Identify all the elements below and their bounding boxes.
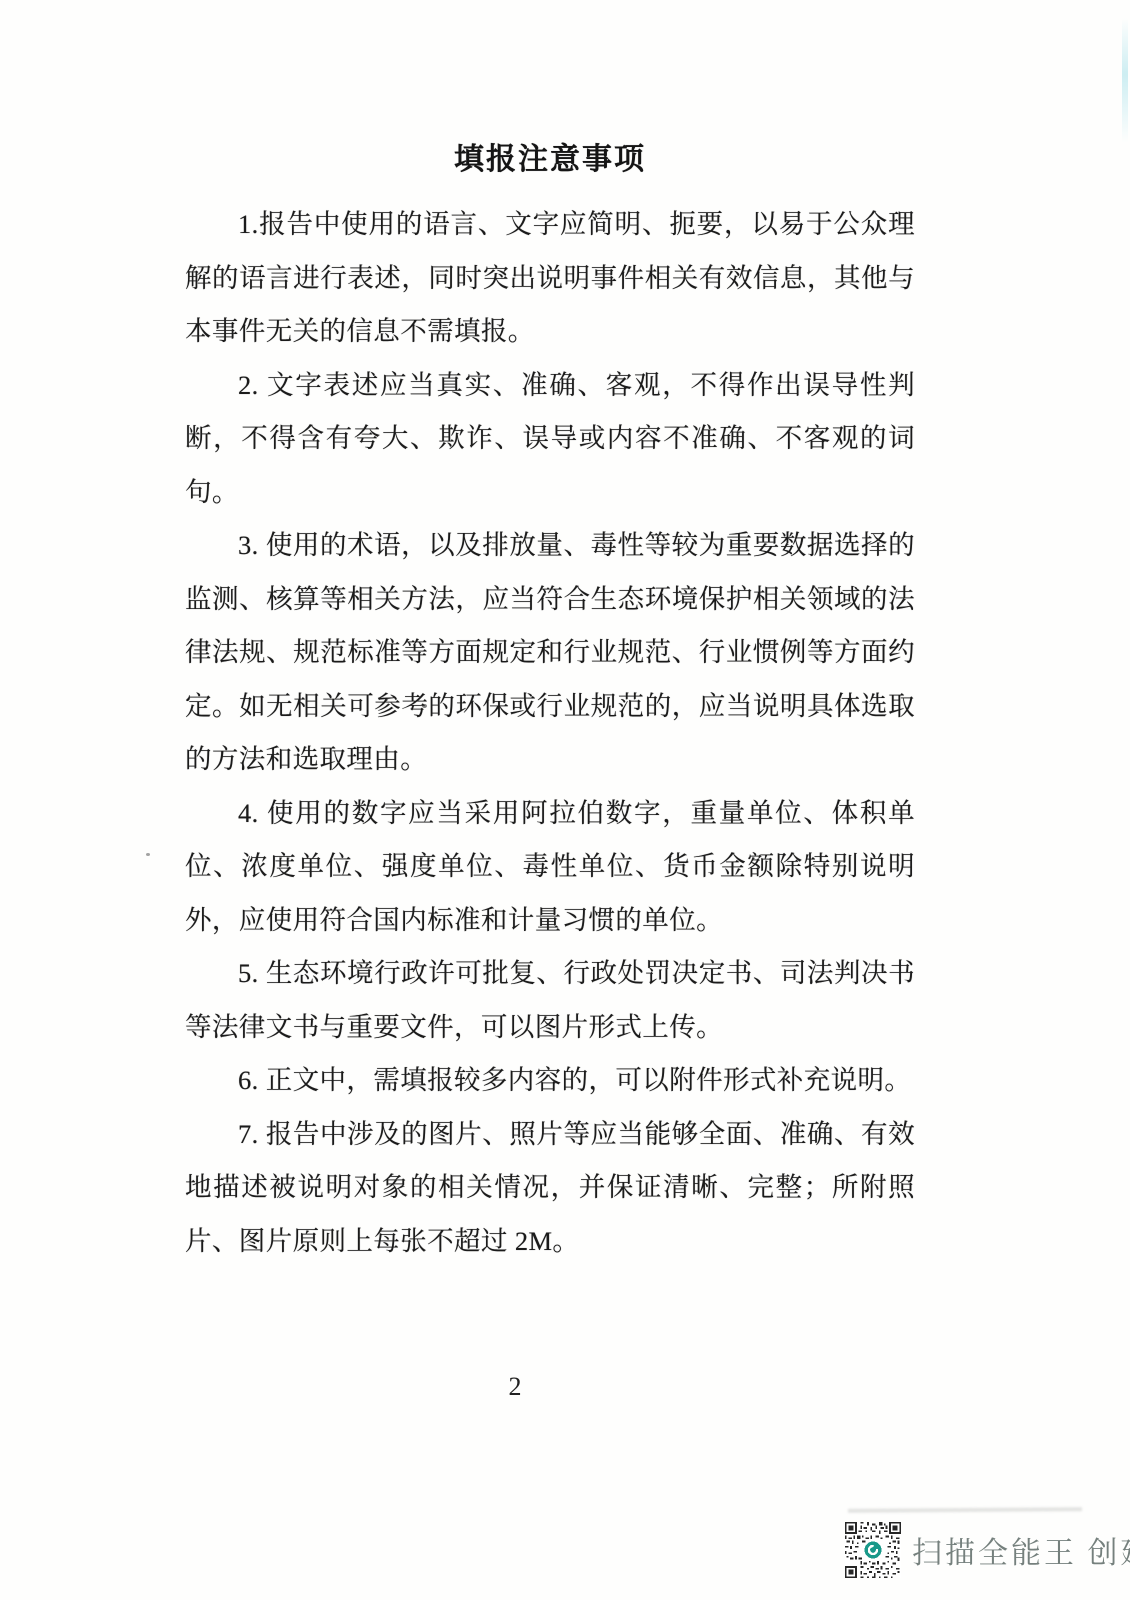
camscanner-qr-icon: [845, 1522, 901, 1578]
page-number: 2: [150, 1372, 880, 1402]
notice-list: 1.报告中使用的语言、文字应简明、扼要，以易于公众理解的语言进行表述，同时突出说…: [185, 198, 915, 1268]
notice-item-2: 2. 文字表述应当真实、准确、客观，不得作出误导性判断，不得含有夸大、欺诈、误导…: [185, 359, 915, 520]
notice-item-3: 3. 使用的术语，以及排放量、毒性等较为重要数据选择的监测、核算等相关方法，应当…: [185, 519, 915, 787]
notice-item-5: 5. 生态环境行政许可批复、行政处罚决定书、司法判决书等法律文书与重要文件，可以…: [185, 947, 915, 1054]
notice-item-4: 4. 使用的数字应当采用阿拉伯数字，重量单位、体积单位、浓度单位、强度单位、毒性…: [185, 787, 915, 948]
scan-artifact-speck: [422, 704, 427, 708]
page-title: 填报注意事项: [185, 134, 915, 178]
notice-item-6: 6. 正文中，需填报较多内容的，可以附件形式补充说明。: [185, 1054, 915, 1108]
scan-artifact-speck: [146, 853, 150, 856]
camscanner-watermark-text: 扫描全能王 创建: [912, 1528, 1130, 1572]
notice-item-7: 7. 报告中涉及的图片、照片等应当能够全面、准确、有效地描述被说明对象的相关情况…: [185, 1108, 915, 1269]
scanned-document-page: 填报注意事项 1.报告中使用的语言、文字应简明、扼要，以易于公众理解的语言进行表…: [0, 0, 1130, 1600]
camscanner-watermark: 扫描全能王 创建: [845, 1522, 1130, 1578]
scan-artifact-streak: [848, 1507, 1082, 1513]
scan-artifact-edge-mark: [1122, 18, 1128, 143]
notice-item-1: 1.报告中使用的语言、文字应简明、扼要，以易于公众理解的语言进行表述，同时突出说…: [185, 198, 915, 359]
page-title-text: 填报注意事项: [454, 143, 646, 176]
camscanner-logo-circle: [865, 1542, 882, 1559]
